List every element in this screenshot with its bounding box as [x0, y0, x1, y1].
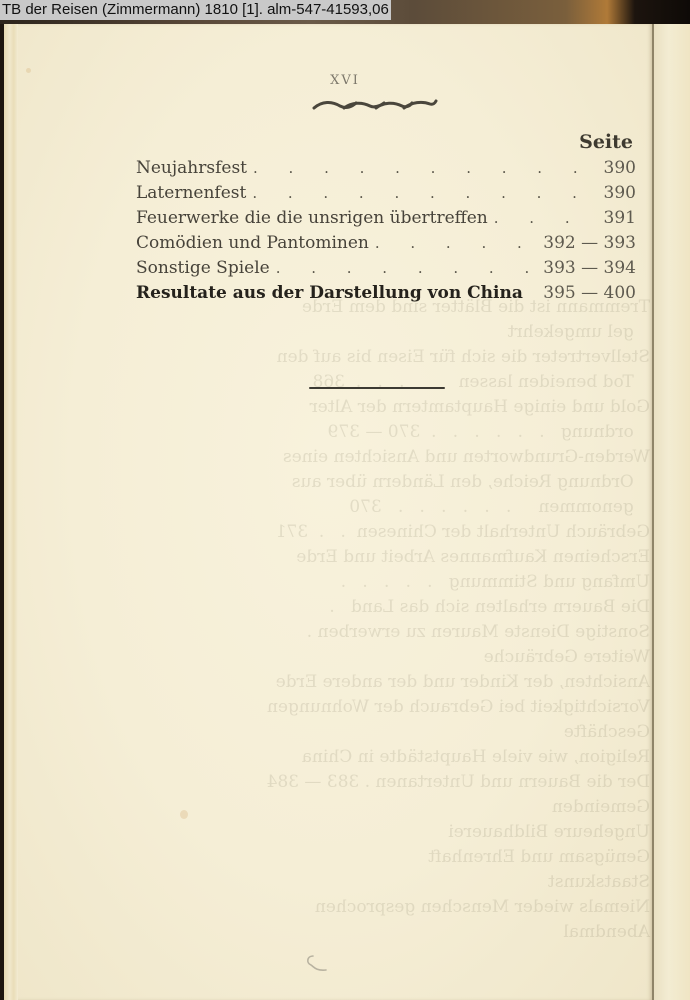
- toc-entry-title: Sonstige Spiele: [136, 258, 270, 278]
- toc-entry-title: Feuerwerke die die unsrigen übertreffen: [136, 208, 488, 228]
- toc-entry-page: 390: [604, 183, 636, 203]
- toc-entry: Resultate aus der Darstellung von China …: [136, 283, 636, 308]
- table-of-contents: Neujahrsfest 390 Laternenfest 390 Feuerw…: [136, 158, 636, 308]
- document-viewer: TB der Reisen (Zimmermann) 1810 [1]. alm…: [0, 0, 690, 1000]
- leader-dots: [252, 184, 597, 202]
- toc-entry: Sonstige Spiele 393 — 394: [136, 258, 636, 283]
- window-title: TB der Reisen (Zimmermann) 1810 [1]. alm…: [0, 0, 391, 20]
- leader-dots: [375, 234, 537, 252]
- toc-entry: Neujahrsfest 390: [136, 158, 636, 183]
- facing-page-edge: [654, 24, 690, 1000]
- page-edge: [4, 24, 18, 1000]
- toc-entry-title: Neujahrsfest: [136, 158, 247, 178]
- foxing-spot: [180, 810, 188, 819]
- wave-ornament-icon: [312, 97, 438, 113]
- page-number: XVI: [0, 73, 690, 88]
- toc-entry-page: 393 — 394: [543, 258, 636, 278]
- column-header-seite: Seite: [579, 131, 633, 153]
- signature-mark-icon: [304, 953, 330, 975]
- toc-entry: Laternenfest 390: [136, 183, 636, 208]
- leader-dots: [494, 209, 598, 227]
- toc-entry-page: 392 — 393: [543, 233, 636, 253]
- leader-dots: [253, 159, 598, 177]
- section-end-rule: [309, 387, 445, 389]
- toc-entry: Comödien und Pantominen 392 — 393: [136, 233, 636, 258]
- toc-entry-title: Laternenfest: [136, 183, 246, 203]
- toc-entry-page: 395 — 400: [543, 283, 636, 303]
- toc-entry: Feuerwerke die die unsrigen übertreffen …: [136, 208, 636, 233]
- toc-entry-page: 391: [604, 208, 636, 228]
- leader-dots: [276, 259, 538, 277]
- toc-entry-page: 390: [604, 158, 636, 178]
- toc-entry-title: Comödien und Pantominen: [136, 233, 369, 253]
- toc-entry-title: Resultate aus der Darstellung von China: [136, 283, 523, 303]
